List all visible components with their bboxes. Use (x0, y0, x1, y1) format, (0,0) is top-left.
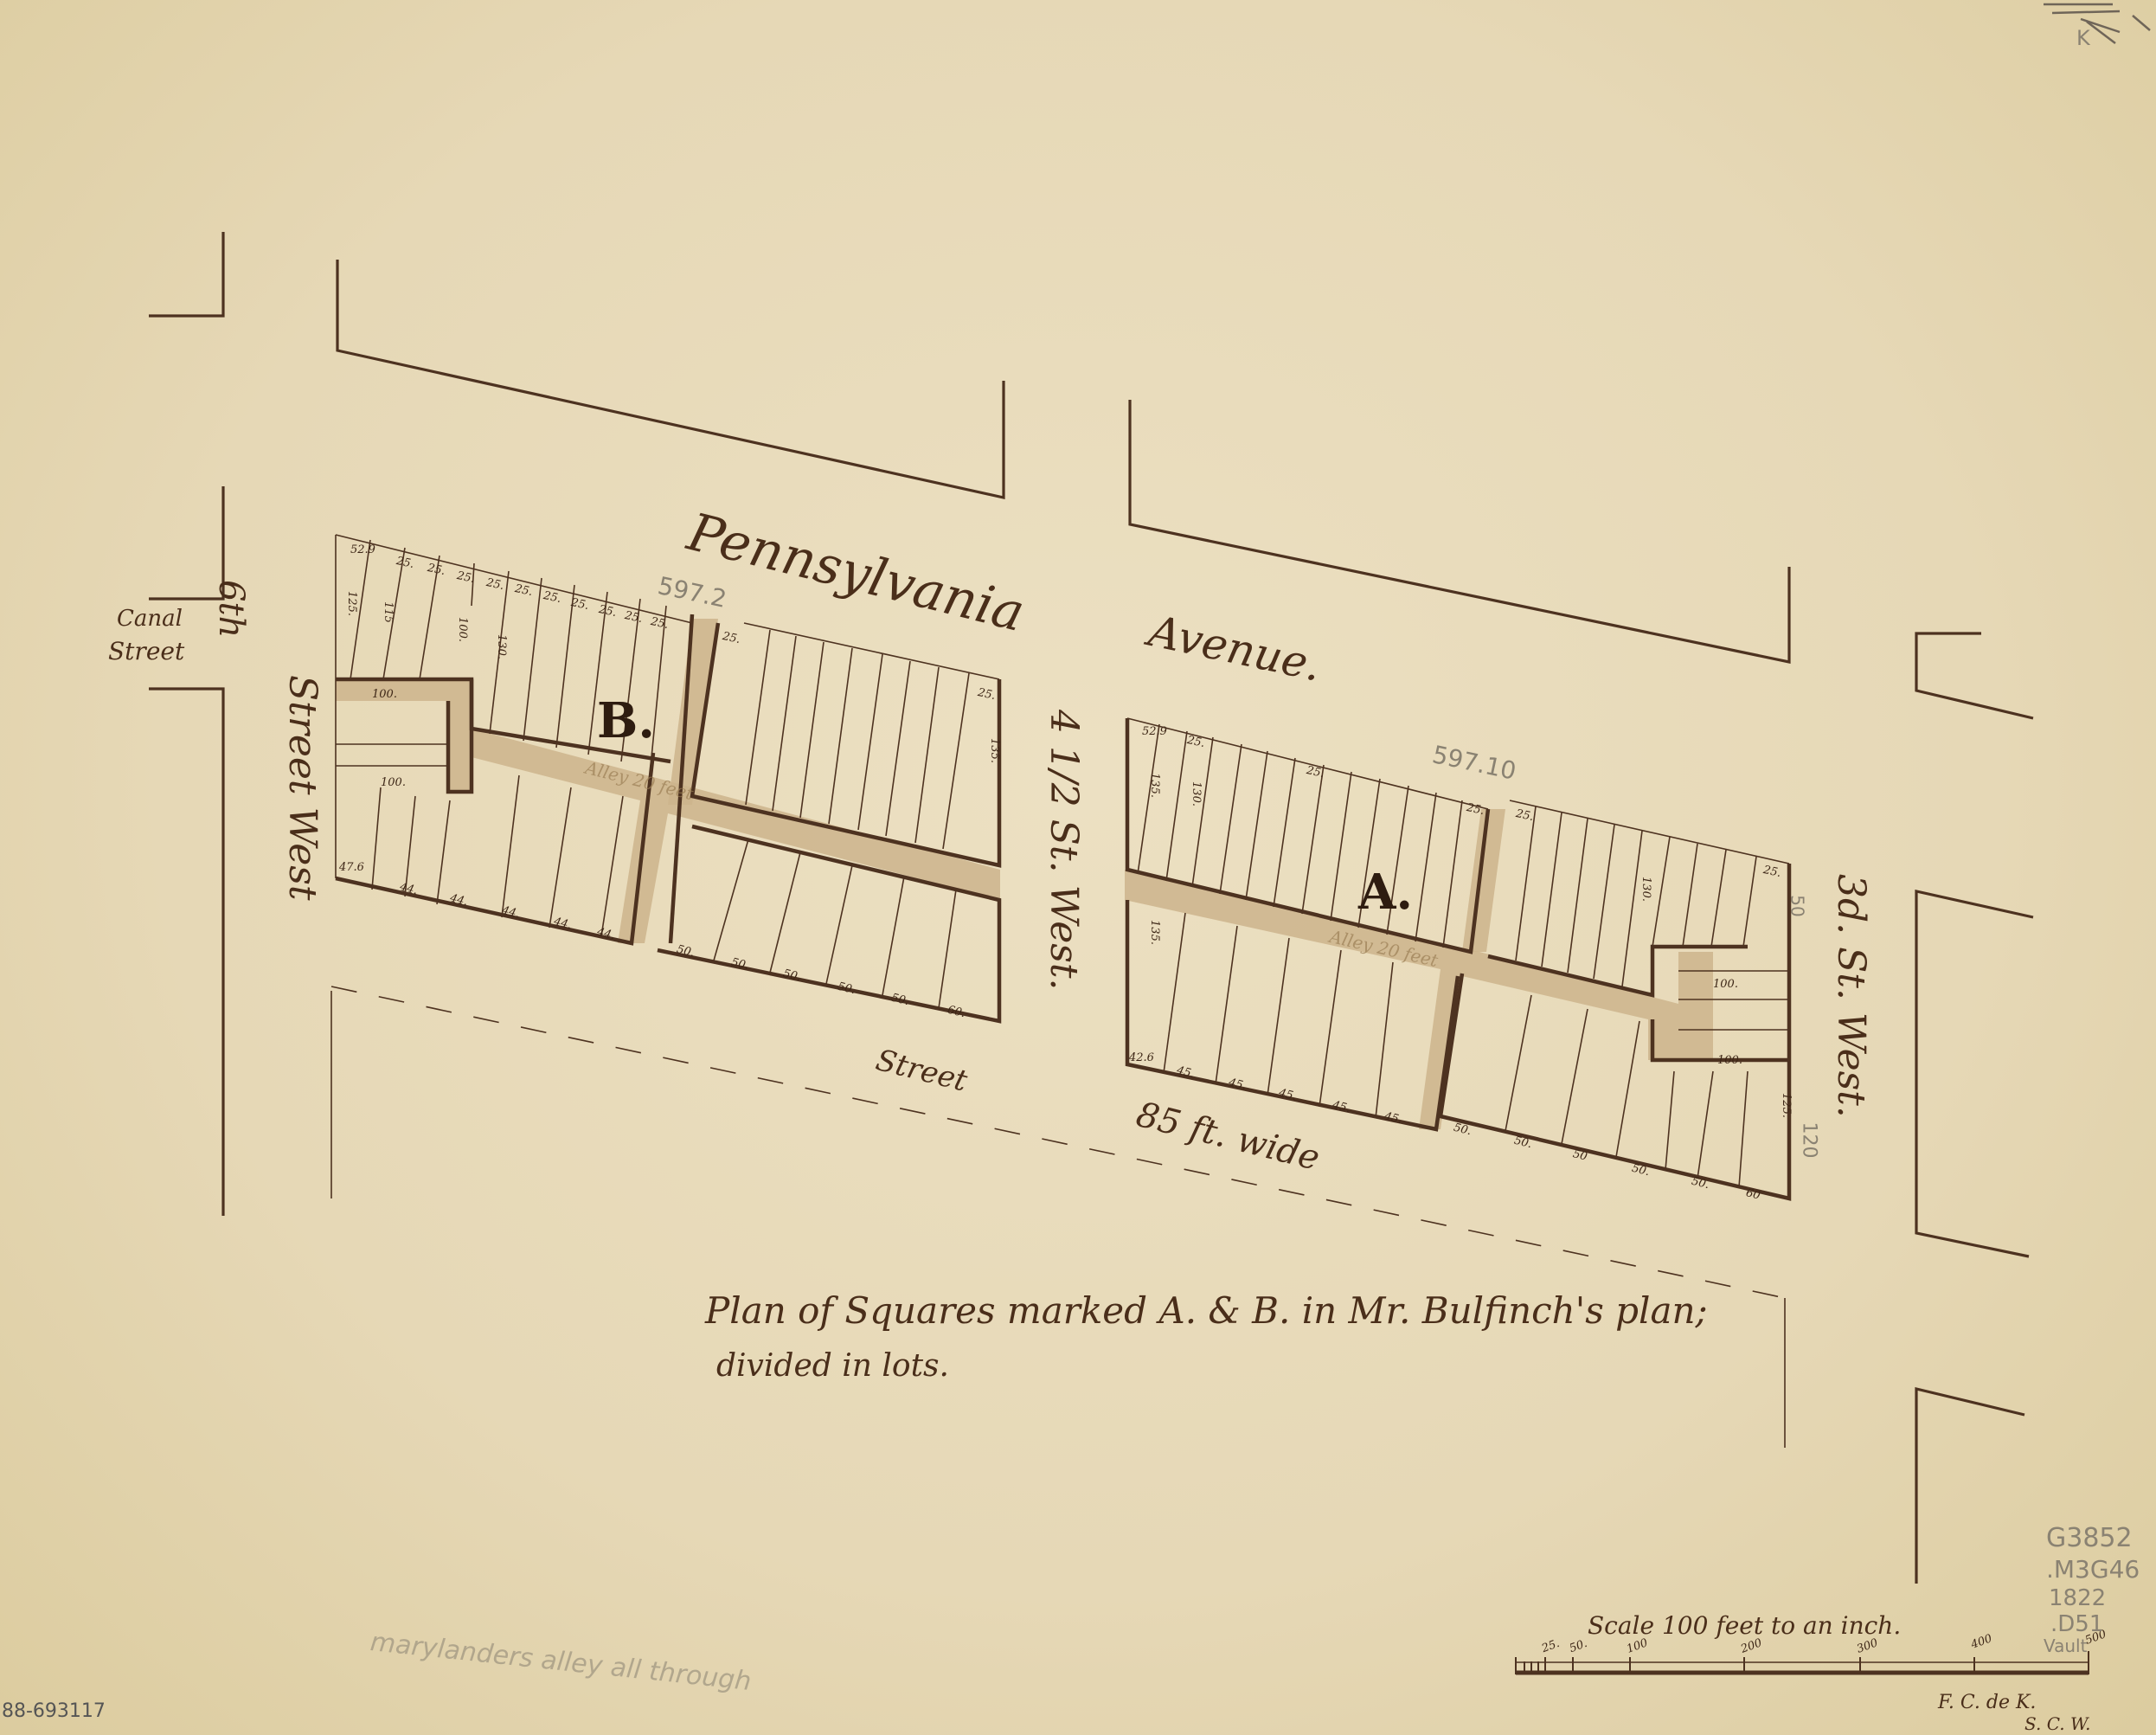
corner-mark: K (2076, 26, 2090, 50)
square-a-label: A. (1358, 864, 1413, 921)
call-number-2: .M3G46 (2046, 1555, 2140, 1584)
square-b-label: B. (597, 692, 655, 749)
four-half-street-label: 4 1/2 St. West. (1042, 710, 1086, 991)
map-title-line2: divided in lots. (716, 1348, 949, 1384)
lot-b-small-100a: 100. (372, 688, 397, 701)
corner-tally-marks (2044, 4, 2150, 43)
canal-street-line1: Canal (117, 606, 183, 632)
sixth-street-prefix: 6th (211, 580, 251, 638)
pencil-margin-50: 50 (1787, 895, 1808, 916)
scale-bar (1516, 1651, 2089, 1674)
map-title-line1: Plan of Squares marked A. & B. in Mr. Bu… (705, 1289, 1708, 1332)
third-street-label: 3d. St. West. (1829, 874, 1873, 1118)
pencil-margin-120: 120 (1799, 1122, 1820, 1159)
map-sheet: Pennsylvania Avenue. 6th Street West 4 1… (0, 0, 2156, 1735)
call-number-5: Vault (2044, 1635, 2087, 1656)
lot-b-corner: 52.9 (350, 543, 375, 556)
lot-a-sw-depth: 135. (1148, 920, 1161, 945)
call-number-1: G3852 (2046, 1523, 2133, 1553)
bottom-id: 88-693117 (2, 1700, 106, 1722)
lot-b-depth-4: 130. (495, 634, 508, 659)
lot-a-small-100b: 100. (1717, 1054, 1742, 1067)
lot-a-depth-1: 135. (1148, 773, 1161, 798)
lot-a-en-depth: 130. (1639, 877, 1652, 902)
lot-b-en-depth: 135. (988, 738, 1001, 763)
sixth-street-west-label: Street West (280, 675, 324, 901)
scale-title: Scale 100 feet to an inch. (1588, 1611, 1901, 1640)
canal-street-line2: Street (108, 637, 184, 665)
lot-b-small-100b: 100. (381, 776, 406, 789)
surrounding-blocks (149, 232, 2033, 1584)
lot-b-depth-2: 115 (382, 601, 395, 623)
call-number-4: .D51 (2050, 1611, 2103, 1637)
lot-a-se-depth: 125. (1780, 1093, 1793, 1118)
call-number-3: 1822 (2049, 1585, 2106, 1611)
lot-a-small-100a: 100. (1713, 978, 1738, 991)
lot-a-depth-2: 130. (1190, 781, 1203, 806)
lot-b-depth-1: 125. (345, 591, 358, 616)
lot-b-sw-corner: 47.6 (339, 861, 364, 874)
signature-1: F. C. de K. (1938, 1692, 2036, 1713)
lot-b-depth-3: 100. (456, 617, 469, 642)
signature-2: S. C. W. (2024, 1713, 2090, 1734)
lot-a-sw-corner: 42.6 (1129, 1051, 1154, 1064)
lot-a-corner: 52.9 (1142, 725, 1167, 738)
